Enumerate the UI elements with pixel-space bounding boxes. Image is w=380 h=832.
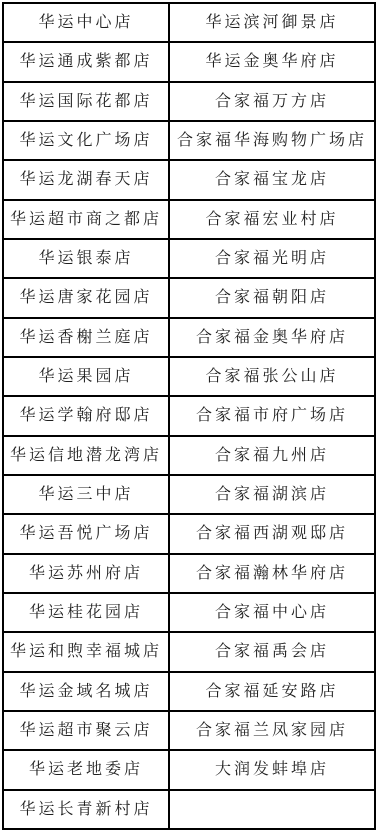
table-cell-store-name: 华运龙湖春天店: [3, 160, 169, 199]
table-cell-store-name: 合家福延安路店: [169, 672, 375, 711]
table-cell-store-name: 华运老地委店: [3, 750, 169, 789]
table-cell-store-name: 华运银泰店: [3, 239, 169, 278]
table-row: 华运超市聚云店 合家福兰凤家园店: [3, 711, 375, 750]
table-cell-store-name: 合家福兰凤家园店: [169, 711, 375, 750]
table-cell-store-name: 合家福西湖观邸店: [169, 514, 375, 553]
table-row: 华运中心店 华运滨河御景店: [3, 3, 375, 42]
table-cell-store-name: 华运文化广场店: [3, 121, 169, 160]
table-row: 华运老地委店 大润发蚌埠店: [3, 750, 375, 789]
table-cell-store-name: 华运桂花园店: [3, 593, 169, 632]
table-row: 华运唐家花园店 合家福朝阳店: [3, 278, 375, 317]
table-cell-store-name: 合家福万方店: [169, 82, 375, 121]
table-row: 华运三中店 合家福湖滨店: [3, 475, 375, 514]
table-cell-store-name: 华运滨河御景店: [169, 3, 375, 42]
table-cell-store-name: 合家福宝龙店: [169, 160, 375, 199]
table-row: 华运果园店 合家福张公山店: [3, 357, 375, 396]
store-list-table: 华运中心店 华运滨河御景店 华运通成紫都店 华运金奥华府店 华运国际花都店 合家…: [2, 2, 376, 830]
table-cell-store-name: 合家福朝阳店: [169, 278, 375, 317]
table-cell-store-name: 合家福宏业村店: [169, 200, 375, 239]
table-cell-store-name: 合家福市府广场店: [169, 396, 375, 435]
table-row: 华运吾悦广场店 合家福西湖观邸店: [3, 514, 375, 553]
table-cell-store-name: 华运通成紫都店: [3, 42, 169, 81]
table-cell-store-name: 华运果园店: [3, 357, 169, 396]
table-row: 华运银泰店 合家福光明店: [3, 239, 375, 278]
table-row: 华运超市商之都店 合家福宏业村店: [3, 200, 375, 239]
table-row: 华运通成紫都店 华运金奥华府店: [3, 42, 375, 81]
table-cell-store-name: 华运超市聚云店: [3, 711, 169, 750]
table-row: 华运信地潜龙湾店 合家福九州店: [3, 436, 375, 475]
table-row: 华运香榭兰庭店 合家福金奥华府店: [3, 318, 375, 357]
table-cell-store-name: 华运三中店: [3, 475, 169, 514]
table-cell-store-name: 合家福瀚林华府店: [169, 554, 375, 593]
table-cell-store-name: 合家福九州店: [169, 436, 375, 475]
table-cell-store-name: 华运长青新村店: [3, 790, 169, 829]
table-cell-store-name: 合家福禹会店: [169, 632, 375, 671]
table-cell-store-name: 合家福金奥华府店: [169, 318, 375, 357]
table-cell-store-name: 华运苏州府店: [3, 554, 169, 593]
table-cell-store-name: 华运和煦幸福城店: [3, 632, 169, 671]
table-row: 华运和煦幸福城店 合家福禹会店: [3, 632, 375, 671]
table-cell-store-name: 华运香榭兰庭店: [3, 318, 169, 357]
table-cell-store-name: 华运学翰府邸店: [3, 396, 169, 435]
table-cell-store-name: 合家福华海购物广场店: [169, 121, 375, 160]
table-row: 华运文化广场店 合家福华海购物广场店: [3, 121, 375, 160]
table-cell-store-name: 华运超市商之都店: [3, 200, 169, 239]
table-cell-store-name: 大润发蚌埠店: [169, 750, 375, 789]
table-row: 华运龙湖春天店 合家福宝龙店: [3, 160, 375, 199]
table-cell-store-name: 合家福光明店: [169, 239, 375, 278]
table-row: 华运苏州府店 合家福瀚林华府店: [3, 554, 375, 593]
table-cell-store-name: 华运金奥华府店: [169, 42, 375, 81]
table-cell-store-name: 华运国际花都店: [3, 82, 169, 121]
table-row: 华运金域名城店 合家福延安路店: [3, 672, 375, 711]
table-cell-store-name: 合家福张公山店: [169, 357, 375, 396]
table-row: 华运桂花园店 合家福中心店: [3, 593, 375, 632]
table-row: 华运学翰府邸店 合家福市府广场店: [3, 396, 375, 435]
table-cell-store-name: [169, 790, 375, 829]
table-cell-store-name: 华运唐家花园店: [3, 278, 169, 317]
table-cell-store-name: 华运吾悦广场店: [3, 514, 169, 553]
table-cell-store-name: 华运中心店: [3, 3, 169, 42]
table-cell-store-name: 合家福湖滨店: [169, 475, 375, 514]
table-row: 华运长青新村店: [3, 790, 375, 829]
table-cell-store-name: 华运信地潜龙湾店: [3, 436, 169, 475]
table-cell-store-name: 华运金域名城店: [3, 672, 169, 711]
table-cell-store-name: 合家福中心店: [169, 593, 375, 632]
table-row: 华运国际花都店 合家福万方店: [3, 82, 375, 121]
